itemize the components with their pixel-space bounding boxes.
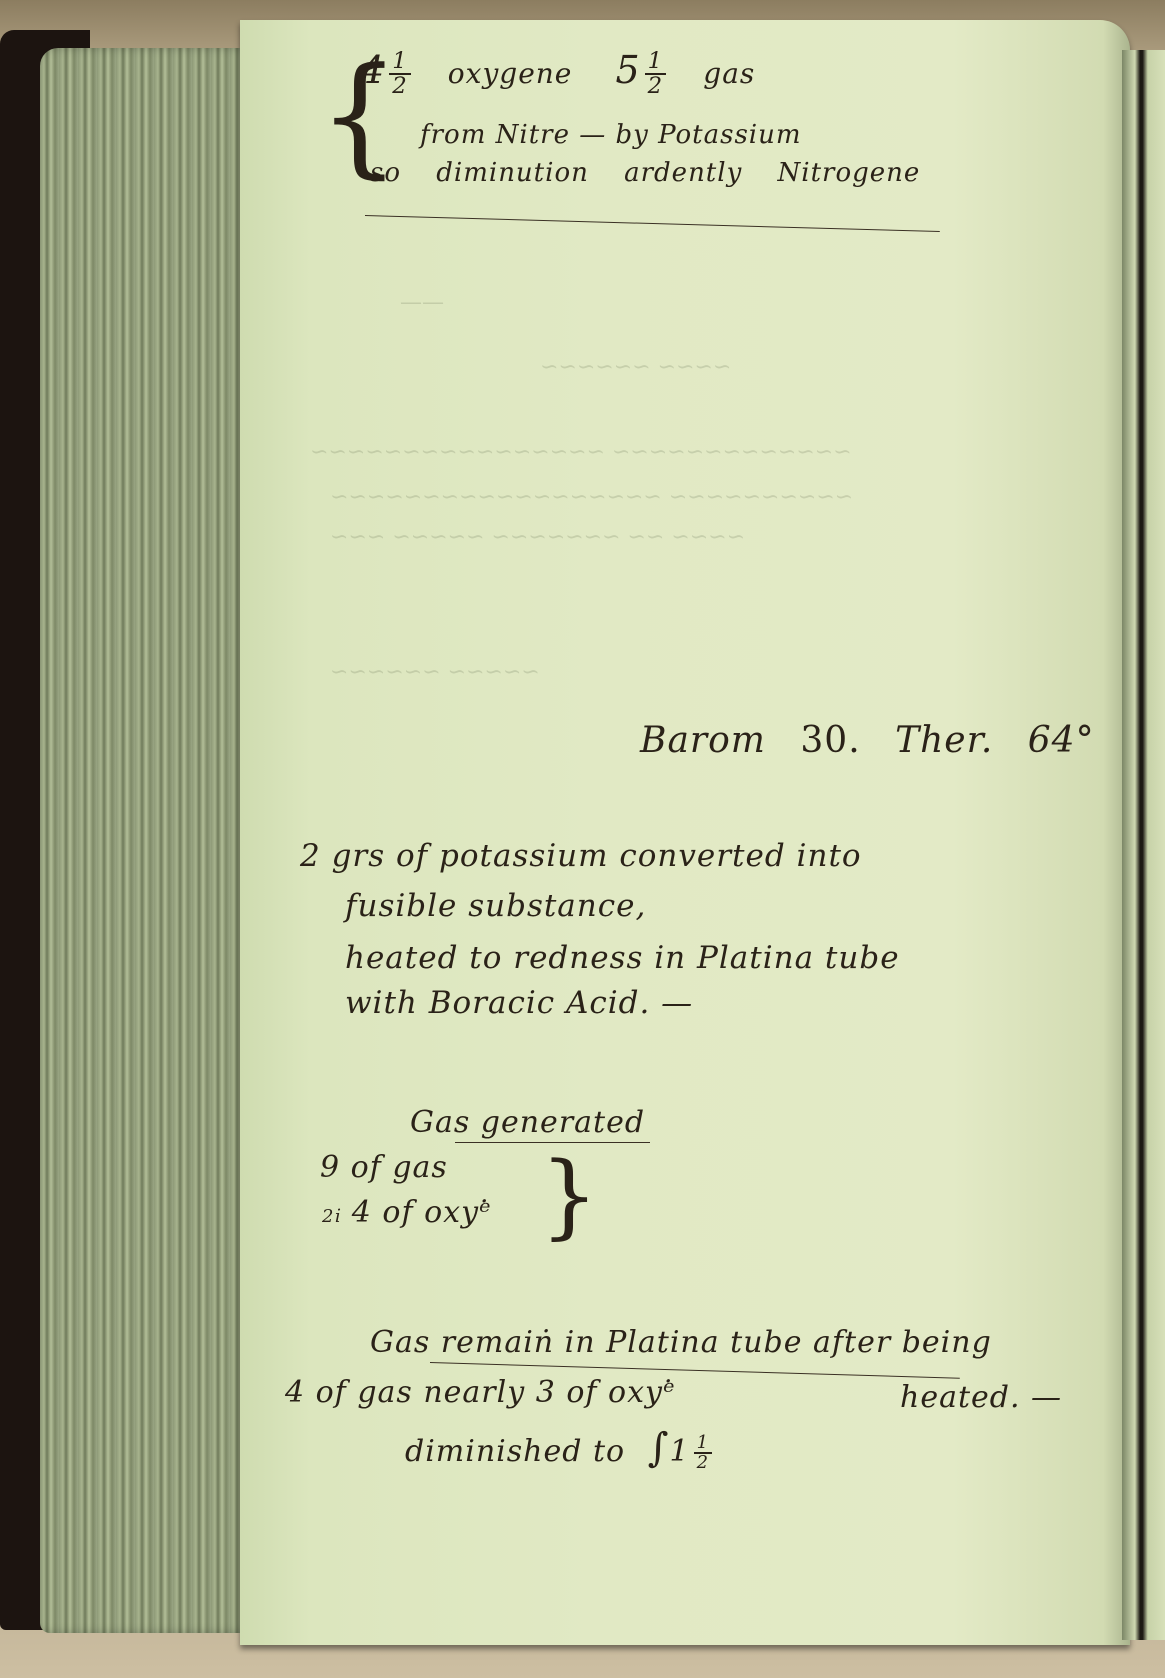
- weather-reading: Barom 30. Ther. 64°: [640, 720, 1095, 761]
- gas-fraction: 12: [645, 50, 667, 98]
- bleed-through-text: ~~~~~~~~~~~~~ ~~~~~~~~~~~~~~~~: [310, 440, 852, 465]
- gas-generated-line1: 9 of gas: [320, 1150, 448, 1185]
- experiment-line3: heated to redness in Platina tube: [345, 940, 900, 976]
- barometer-label: Barom: [640, 720, 766, 761]
- gas-remaining-line1: 4 of gas nearly 3 of oxyᵉ̇: [285, 1375, 676, 1410]
- gas-remaining-line2: diminished to ∫112: [405, 1425, 716, 1472]
- gas-amount: 5: [615, 48, 640, 92]
- top-note-line3: so diminution ardently Nitrogene: [370, 158, 920, 188]
- experiment-line1: 2 grs of potassium converted into: [300, 838, 862, 874]
- integral-brace-icon: ∫: [648, 1425, 670, 1471]
- experiment-line2: fusible substance,: [345, 888, 646, 924]
- gas-remaining-heading: Gas remaiṅ in Platina tube after being: [370, 1325, 992, 1360]
- gas-generated-heading: Gas generated: [410, 1105, 645, 1140]
- gas-word: gas: [703, 57, 755, 90]
- barometer-value: 30.: [800, 720, 860, 761]
- oxygen-amount: 4: [360, 48, 385, 92]
- top-note-line1: 412 oxygene 512 gas: [360, 48, 755, 97]
- top-note-line2: from Nitre — by Potassium: [420, 120, 802, 150]
- gas-generated-line2: 2ı̇ 4 of oxyᵉ̇: [322, 1195, 492, 1230]
- bleed-through-text: ~~~~ ~~ ~~~~~~~ ~~~~~ ~~~: [330, 525, 745, 550]
- oxygen-word: oxygene: [448, 57, 573, 90]
- page-edges: [40, 48, 250, 1633]
- bleed-through-text: ——: [400, 290, 444, 315]
- experiment-line4: with Boracic Acid. —: [345, 985, 693, 1021]
- thermometer-label: Ther.: [895, 720, 993, 761]
- bleed-through-text: ~~~~~~~~~~ ~~~~~~~~~~~~~~~~~~: [330, 485, 853, 510]
- thermometer-value: 64°: [1028, 720, 1095, 761]
- bleed-through-text: ~~~~ ~~~~~~: [540, 355, 731, 380]
- bleed-through-text: ~~~~~ ~~~~~~: [330, 660, 540, 685]
- book-gutter: [1122, 50, 1165, 1640]
- oxygen-fraction: 12: [389, 50, 411, 98]
- closing-brace-icon: }: [540, 1150, 599, 1242]
- gas-remaining-heading-end: heated. —: [900, 1380, 1062, 1415]
